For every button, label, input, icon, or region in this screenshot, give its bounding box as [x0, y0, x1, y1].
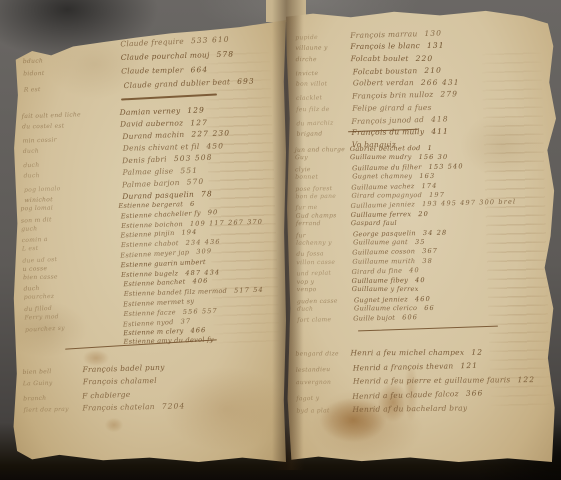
entry-text: Denis fabri: [122, 153, 167, 166]
entry-value: 210: [424, 65, 442, 77]
entry-text: Gugnet chamney: [352, 172, 412, 182]
entry-value: 40: [415, 276, 426, 286]
ink-divider-stroke: [358, 326, 498, 332]
entry-text: Durand machin: [122, 129, 184, 142]
entry-text: Estienne facze: [123, 308, 176, 319]
entry-value: 503 508: [174, 152, 213, 165]
entry-section: fait oult end licheDamian verney129du co…: [22, 102, 286, 206]
entry-value: 606: [402, 313, 418, 323]
entry-text: Golbert verdan: [353, 77, 414, 89]
entry-value: 279: [440, 89, 458, 101]
entry-value: 460: [415, 294, 431, 304]
entry-margin-note: ferrand: [296, 219, 351, 228]
entry-section: bien bellFrançois badel punyLa GuinyFran…: [22, 359, 284, 418]
entry-text: Guillaume mudry: [350, 153, 412, 162]
entry-value: 533 610: [191, 33, 230, 48]
entry-value: 227 230: [191, 127, 230, 139]
entry-text: Damian verney: [120, 105, 181, 118]
entry-text: Guillaume clerico: [354, 304, 417, 314]
entry-value: 194: [181, 228, 197, 238]
entry-text: François brin nulloz: [352, 89, 434, 102]
entry-value: 40: [409, 266, 420, 276]
entry-value: 131: [427, 40, 445, 52]
entry-margin-note: bengard dize: [295, 347, 350, 360]
entry-text: François le blanc: [350, 40, 420, 52]
entry-value: 12: [471, 346, 483, 359]
entry-text: Guillaume y ferrex: [352, 285, 419, 294]
entry-margin-note: du costel est: [22, 120, 120, 133]
entry-margin-note: Guy: [295, 153, 350, 162]
entry-text: Palmae barjon: [122, 177, 180, 191]
entry-text: Claude templer: [121, 63, 184, 77]
entry-text: Claude grand dublier beat: [123, 75, 230, 92]
entry-text: Henri a feu michel champex: [350, 346, 464, 359]
entry-value: 163: [419, 172, 435, 181]
entry-section: bengard dizeHenri a feu michel champex12…: [295, 344, 554, 418]
entry-margin-note: byd a plat: [296, 404, 351, 418]
entry-section: dua cossiClaude frequire533 610bduchClau…: [22, 32, 285, 96]
entry-value: 570: [186, 176, 204, 188]
entry-section: jun and churgeGabriel belchet dod1GuyGui…: [295, 142, 555, 324]
entry-margin-note: bonnet: [295, 173, 350, 183]
ink-divider-stroke: [121, 93, 217, 100]
entry-section: pupideFrançois marrau130villaune yFranço…: [295, 26, 555, 152]
entry-section: pog lomaiEstienne bergerat6son m ditEsti…: [20, 196, 286, 351]
entry-text: David aubernoz: [120, 117, 183, 129]
manuscript-photo: dua cossiClaude frequire533 610bduchClau…: [0, 0, 561, 480]
entry-value: 578: [216, 47, 234, 61]
entry-margin-note: auvergnon: [296, 376, 351, 389]
entry-value: 20: [418, 210, 429, 220]
entry-margin-note: fiert doz pray: [23, 404, 81, 417]
entry-text: Claude frequire: [120, 35, 184, 51]
entry-text: Claude pourchal mouj: [121, 48, 210, 64]
ledger-entry: byd a platHenrid af du bachelard bray: [296, 400, 554, 417]
entry-text: F chabierge: [82, 389, 131, 403]
entry-text: Palmae glise: [122, 165, 173, 177]
entry-value: 309: [196, 247, 212, 257]
entry-text: François chatelan: [82, 401, 155, 415]
entry-margin-note: dirche: [296, 54, 351, 65]
entry-text: Folcabt boulet: [351, 53, 409, 64]
entry-margin-note: lachenny y: [296, 238, 351, 248]
entry-margin-note: R est: [24, 80, 122, 96]
entry-value: 121: [460, 359, 478, 372]
entry-margin-note: [26, 344, 124, 346]
entry-value: 367: [422, 247, 438, 257]
entry-value: 1: [428, 144, 433, 153]
entry-margin-note: bon villot: [296, 79, 351, 91]
entry-value: 411: [431, 126, 449, 138]
entry-value: 129: [187, 104, 205, 116]
entry-text: Henrid a feu claude falcoz: [352, 387, 459, 403]
entry-value: 130: [424, 28, 442, 40]
entry-margin-note: villon casse: [296, 258, 351, 268]
entry-text: Guille bujot: [353, 314, 395, 324]
entry-margin-note: duch: [297, 304, 352, 314]
entry-value: 174: [421, 181, 437, 191]
ink-stain: [105, 418, 123, 432]
entry-text: François badel puny: [82, 362, 165, 377]
left-page: dua cossiClaude frequire533 610bduchClau…: [13, 20, 286, 462]
entry-value: 153 540: [429, 162, 464, 172]
entry-text: Folcabt boustan: [353, 65, 418, 77]
entry-text: François chalamel: [83, 375, 157, 388]
entry-value: 6: [190, 200, 196, 209]
entry-value: 266 431: [421, 77, 460, 88]
entry-value: 37: [180, 317, 191, 326]
entry-value: 366: [466, 386, 484, 399]
entry-margin-note: feu filz de: [296, 103, 351, 115]
entry-text: François du mully: [352, 126, 425, 138]
entry-text: Felipe girard a fues: [352, 102, 432, 114]
entry-text: Estienne amy du devol fy: [124, 336, 214, 347]
entry-value: 220: [416, 53, 434, 64]
entry-margin-note: bidont: [23, 66, 121, 81]
entry-value: 693: [237, 74, 255, 88]
entry-text: Guillaume murith: [352, 257, 415, 267]
entry-value: 156 30: [419, 153, 449, 162]
right-page: pupideFrançois marrau130villaune yFranço…: [286, 10, 556, 462]
entry-value: 7204: [162, 400, 186, 413]
entry-text: Gaspard faul: [351, 219, 397, 228]
entry-value: 418: [431, 113, 449, 125]
entry-value: 34 28: [423, 228, 448, 238]
entry-value: 450: [206, 140, 224, 151]
entry-margin-note: venpo: [297, 285, 352, 294]
entry-value: 90: [208, 208, 219, 217]
entry-value: 127: [190, 117, 208, 128]
entry-margin-note: La Guiny: [23, 377, 81, 390]
entry-value: 406: [192, 277, 208, 286]
entry-value: 664: [190, 63, 208, 76]
entry-value: 551: [180, 165, 198, 176]
entry-text: Henrid af du bachelard bray: [352, 401, 467, 416]
entry-margin-note: fort clame: [297, 315, 352, 326]
entry-text: François marrau: [350, 28, 418, 41]
entry-text: François junod ad: [351, 114, 424, 127]
entry-value: 466: [190, 326, 206, 335]
entry-text: Henrid a françois thevan: [353, 359, 454, 374]
entry-text: Guillaume gant: [353, 238, 408, 248]
entry-margin-note: bon de pane: [295, 192, 350, 202]
